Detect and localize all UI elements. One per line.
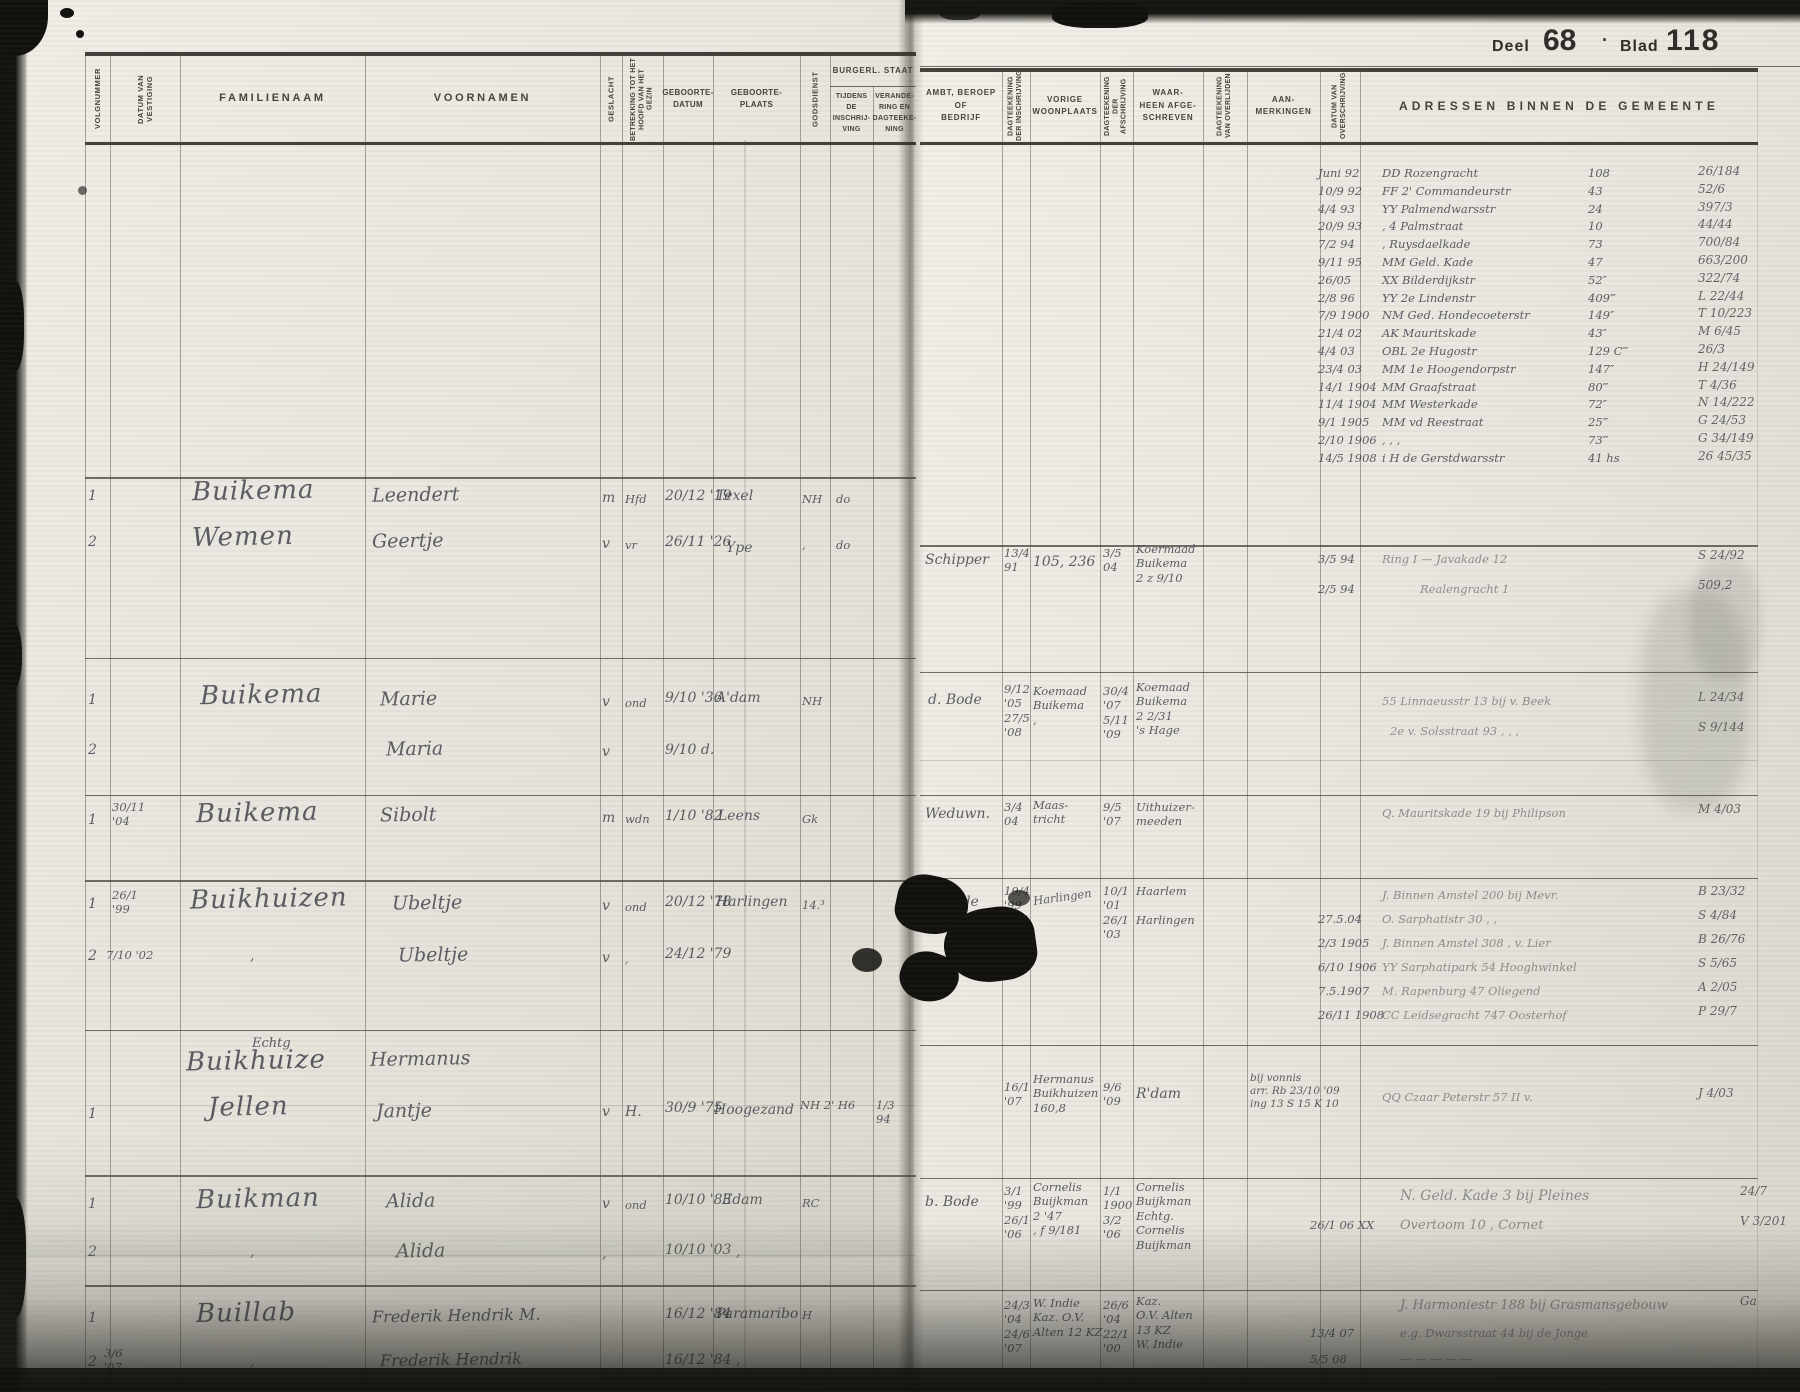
entry-voornamen: Marie [380,688,438,711]
header-waarheen-afgeschreven: Waar- heen afge- schreven [1133,70,1203,142]
header-familienaam: FAMILIENAAM [180,56,365,142]
header-aanmerkingen: Aan- merkingen [1247,70,1320,142]
entry-adres: O. Sarphatistr 30 , , [1382,912,1497,926]
address-number: 43 [1588,184,1603,198]
header-burgerlijke-staat: Burgerl. staat [830,56,916,86]
blad-label: Blad [1620,38,1659,56]
address-entry: YY 2e Lindenstr [1382,291,1475,305]
scan-speck [60,8,74,18]
entry-familienaam: Buikhuize [186,1045,326,1078]
address-entry: OBL 2e Hugostr [1382,344,1477,358]
address-ref: G 34/149 [1698,431,1754,445]
address-number: 47 [1588,255,1603,269]
entry-betrekking: ond [625,900,647,914]
header-dagtekening-inschrijving: Dagteekening der inschrijving [1002,70,1030,142]
entry-adres-ref: B 23/32 [1698,884,1745,898]
entry-godsdienst: NH [802,694,822,708]
address-entry: NM Ged. Hondecoeterstr [1382,308,1530,322]
entry-volgnummer: 1 [88,812,97,828]
entry-adres: 55 Linnaeusstr 13 bij v. Beek [1382,694,1551,708]
address-date: 21/4 02 [1318,326,1362,340]
entry-adres: CC Leidsegracht 747 Oosterhof [1382,1008,1567,1022]
row-separator [85,880,916,882]
entry-vorige-woonplaats: 105, 236 [1033,554,1095,570]
entry-voornamen: Ubeltje [392,891,463,914]
address-entry: AK Mauritskade [1382,326,1476,340]
register-scan: Deel 68 · Blad 118 Volgnummer Datum van … [0,0,1800,1392]
header-geboorte-datum: Geboorte- datum [663,56,713,142]
column-line [1247,68,1248,1388]
entry-adres: J. Binnen Amstel 308 , v. Lier [1382,936,1551,950]
address-entry: , , , [1382,433,1400,447]
address-number: 129 C‴ [1588,344,1628,358]
entry-volgnummer: 2 [88,948,97,964]
entry-geslacht: v [602,536,610,552]
entry-geboorteplaats: Harlingen [716,894,787,910]
entry-overschrijving-datum: 27.5.04 [1318,912,1362,926]
entry-betrekking: ond [625,696,647,710]
column-line [1133,68,1134,1388]
address-entry: MM Graafstraat [1382,380,1476,394]
entry-adres-ref: J 4/03 [1698,1086,1734,1100]
entry-adres-ref: A 2/05 [1698,980,1737,994]
entry-geboorteplaats: A'dam [716,690,761,706]
entry-vorige-woonplaats: Maas- tricht [1033,798,1068,827]
deel-dot: · [1602,30,1608,51]
entry-voornamen: Hermanus [370,1047,471,1071]
entry-volgnummer: 1 [88,1106,97,1122]
entry-geboorteplaats: Ype [726,540,753,556]
address-number: 72″ [1588,397,1607,411]
entry-inschrijving: 3/4 04 [1004,800,1023,829]
entry-familienaam: Jellen [208,1091,289,1123]
address-date: 7/9 1900 [1318,308,1369,322]
address-date: Juni 92 [1318,166,1359,180]
address-number: 41 hs [1588,451,1620,465]
entry-geboortedatum: 1/10 '82 [665,808,723,824]
entry-godsdienst: NH 2' H6 [800,1098,855,1112]
address-entry: FF 2' Commandeurstr [1382,184,1511,198]
row-separator [920,795,1758,796]
entry-geboorteplaats: Leens [718,808,760,824]
address-number: 73‴ [1588,433,1609,447]
address-date: 7/2 94 [1318,237,1355,251]
faint-rule [920,760,1758,761]
header-betrekking: Betrekking tot het hoofd van het gezin [622,56,663,142]
entry-adres: M. Rapenburg 47 Oliegend [1382,984,1541,998]
entry-afschrijving: 9/6 '09 [1103,1080,1122,1109]
entry-waarheen: R'dam [1136,1086,1181,1102]
address-ref: L 22/44 [1698,289,1744,303]
address-entry: MM Geld. Kade [1382,255,1473,269]
header-vorige-woonplaats: Vorige woonplaats [1030,70,1100,142]
entry-afschrijving: 10/1 '01 26/1 '03 [1103,884,1129,942]
entry-adres: QQ Czaar Peterstr 57 II v. [1382,1090,1533,1104]
scan-edge-left [0,0,28,1392]
header-volgnummer: Volgnummer [85,56,110,142]
address-ref: 26/3 [1698,342,1725,356]
entry-adres: Realengracht 1 [1420,582,1509,596]
row-separator [85,1030,916,1031]
row-separator [85,658,916,659]
address-number: 108 [1588,166,1610,180]
address-ref: M 6/45 [1698,324,1741,338]
address-number: 25‴ [1588,415,1609,429]
address-ref: 663/200 [1698,253,1748,267]
scan-speck [78,186,87,195]
entry-volgnummer: 2 [88,534,97,550]
address-ref: H 24/149 [1698,360,1755,374]
entry-adres-ref: B 26/76 [1698,932,1745,946]
address-entry: MM Westerkade [1382,397,1478,411]
entry-geslacht: v [602,744,610,760]
address-number: 80‴ [1588,380,1609,394]
address-ref: 700/84 [1698,235,1740,249]
address-entry: MM vd Reestraat [1382,415,1483,429]
blad-value: 118 [1666,24,1720,58]
entry-godsdienst: 14.³ [802,898,825,912]
scan-edge-bottom [0,1368,1800,1392]
scan-top-blob [1052,2,1148,28]
address-ref: 26/184 [1698,164,1740,178]
address-ref: N 14/222 [1698,395,1755,409]
entry-adres-ref: 24/7 [1740,1184,1767,1198]
address-number: 10 [1588,219,1603,233]
address-date: 14/1 1904 [1318,380,1377,394]
entry-adres: YY Sarphatipark 54 Hooghwinkel [1382,960,1577,974]
address-number: 73 [1588,237,1603,251]
entry-geslacht: v [602,1104,610,1120]
entry-overschrijving-datum: 26/11 1908 [1318,1008,1384,1022]
entry-familienaam: Buikema [196,797,319,830]
entry-vorige-woonplaats: Koemaad Buikema , [1033,684,1087,727]
address-date: 9/11 95 [1318,255,1362,269]
entry-volgnummer: 1 [88,896,97,912]
ink-blot [1008,890,1030,906]
address-ref: 322/74 [1698,271,1740,285]
entry-overschrijving-datum: 2/3 1905 [1318,936,1369,950]
address-date: 2/8 96 [1318,291,1355,305]
entry-geslacht: v [602,898,610,914]
entry-inschrijving: 9/12 '05 27/5 '08 [1004,682,1030,740]
address-date: 10/9 92 [1318,184,1362,198]
column-line [1030,68,1031,1388]
entry-betrekking: vr [625,538,637,552]
entry-overschrijving-datum: 3/5 94 [1318,552,1355,566]
address-ref: 397/3 [1698,200,1733,214]
entry-voornamen: Jantje [376,1100,432,1123]
entry-adres: J. Binnen Amstel 200 bij Mevr. [1382,888,1559,902]
address-number: 52″ [1588,273,1607,287]
entry-beroep: Weduwn. [925,806,990,822]
header-ambt: Ambt, beroep of bedrijf [920,70,1002,142]
address-number: 147″ [1588,362,1614,376]
address-ref: T 4/36 [1698,378,1737,392]
address-number: 149″ [1588,308,1614,322]
address-ref: 44/44 [1698,217,1733,231]
deel-value: 68 [1543,24,1576,58]
entry-afschrijving: 3/5 04 [1103,546,1122,575]
entry-familienaam: Buikema [192,475,315,508]
entry-familienaam: , [250,948,254,964]
entry-burgstaat: do [836,538,850,552]
address-entry: XX Bilderdijkstr [1382,273,1475,287]
entry-burgstaat: 1/3 94 [876,1098,895,1127]
entry-geboorteplaats: Texel [716,488,753,504]
entry-beroep: b. Bode [925,1194,979,1210]
entry-godsdienst: NH [802,492,822,506]
column-line [1002,68,1003,1388]
entry-afschrijving: 30/4 '07 5/11 '09 [1103,684,1129,742]
entry-adres-ref: S 4/84 [1698,908,1737,922]
row-separator [920,878,1758,879]
entry-voornamen: Sibolt [380,804,437,827]
address-entry: DD Rozengracht [1382,166,1478,180]
entry-volgnummer: 1 [88,692,97,708]
entry-voornamen: Leendert [372,483,460,507]
entry-geboortedatum: 9/10 d. [665,742,714,758]
entry-waarheen: Koemaad Buikema 2 2/31 's Hage [1136,680,1190,738]
address-entry: MM 1e Hoogendorpstr [1382,362,1516,376]
ink-blot [852,948,882,972]
entry-waarheen: Haarlem Harlingen [1136,884,1195,927]
address-ref: G 24/53 [1698,413,1746,427]
right-header-bottom-rule [920,142,1758,145]
address-date: 4/4 93 [1318,202,1355,216]
entry-voornamen: Maria [386,738,444,761]
address-date: 11/4 1904 [1318,397,1377,411]
header-adressen: ADRESSEN BINNEN DE GEMEENTE [1360,70,1758,142]
entry-geboortedatum: 9/10 '36 [665,690,723,706]
header-voornamen: VOORNAMEN [365,56,600,142]
address-date: 26/05 [1318,273,1351,287]
entry-overschrijving-datum: 2/5 94 [1318,582,1355,596]
header-datum-overschrijving: Datum van overschrijving [1320,70,1360,142]
address-date: 9/1 1905 [1318,415,1369,429]
entry-inschrijving: 16/1 '07 [1004,1080,1030,1109]
address-entry: i H de Gerstdwarsstr [1382,451,1504,465]
header-dagtekening-overlijden: Dagteekening van overlijden [1203,70,1247,142]
entry-voornamen: Geertje [372,529,444,552]
entry-datum-vestiging: 7/10 '02 [106,948,153,962]
header-datum-vestiging: Datum van vestiging [110,56,180,142]
entry-datum-vestiging: 30/11 '04 [112,800,145,829]
address-entry: , 4 Palmstraat [1382,219,1463,233]
entry-adres: Ring I — Javakade 12 [1382,552,1507,566]
row-separator [920,672,1758,673]
column-line [1100,68,1101,1388]
address-entry: YY Palmendwarsstr [1382,202,1495,216]
entry-volgnummer: 2 [88,742,97,758]
entry-voornamen: Ubeltje [398,943,469,966]
entry-familienaam: Buikema [200,679,323,712]
row-separator [920,1045,1758,1046]
scan-edge-top [905,0,1800,24]
entry-geboorteplaats: Hoogezand [714,1102,794,1118]
entry-inschrijving: 13/4 91 [1004,546,1030,575]
address-entry: , Ruysdaelkade [1382,237,1470,251]
entry-adres: N. Geld. Kade 3 bij Pleines [1400,1188,1589,1206]
column-line [1203,68,1204,1388]
scan-speck [76,30,84,38]
entry-afschrijving: 9/5 '07 [1103,800,1122,829]
row-separator [920,1178,1758,1179]
left-header-bottom-rule [85,142,916,145]
entry-beroep: d. Bode [928,692,982,708]
entry-godsdienst: Gk [802,812,818,826]
header-burg-sub2: Verande- ring en dagteeke- ning [873,86,916,142]
entry-betrekking: Hfd [625,492,647,506]
address-date: 14/5 1908 [1318,451,1377,465]
scan-smudge [1690,560,1760,680]
scan-top-blob [940,6,980,20]
entry-adres: 2e v. Solsstraat 93 , , , [1390,724,1519,738]
entry-overschrijving-datum: 6/10 1906 [1318,960,1377,974]
scan-shading [26,1128,906,1258]
entry-waarheen: Koermaad Buikema 2 z 9/10 [1136,542,1196,585]
address-ref: 26 45/35 [1698,449,1752,463]
entry-betrekking: H. [625,1104,642,1120]
header-dagtekening-afschrijving: Dagteekening der afschrijving [1100,70,1133,142]
entry-overschrijving-datum: 7.5.1907 [1318,984,1369,998]
entry-adres-ref: P 29/7 [1698,1004,1737,1018]
entry-burgstaat: do [836,492,850,506]
entry-betrekking: wdn [625,812,650,826]
header-burg-sub1: Tijdens de inschrij- ving [830,86,873,142]
address-date: 23/4 03 [1318,362,1362,376]
entry-godsdienst: , [802,538,806,552]
entry-waarheen: Uithuizer- meeden [1136,800,1195,829]
row-separator [85,795,916,796]
entry-geboortedatum: 26/11 '26 [665,534,731,550]
address-number: 409‴ [1588,291,1616,305]
entry-vorige-woonplaats: Hermanus Buikhuizen 160,8 [1033,1072,1098,1115]
scan-edge-blob [0,620,22,692]
entry-geslacht: v [602,950,610,966]
address-ref: T 10/223 [1698,306,1752,320]
address-ref: 52/6 [1698,182,1725,196]
entry-datum-vestiging: 26/1 '99 [112,888,138,917]
scan-edge-blob [0,280,24,372]
address-date: 2/10 1906 [1318,433,1377,447]
header-geslacht: Geslacht [600,56,622,142]
entry-geboortedatum: 24/12 '79 [665,946,731,962]
deel-label: Deel [1492,38,1530,56]
entry-aanmerkingen: bij vonnis arr. Rb 23/10 '09 ing 13 S 15… [1250,1072,1340,1111]
entry-geslacht: v [602,694,610,710]
header-geboorte-plaats: Geboorte- plaats [713,56,800,142]
address-date: 4/4 03 [1318,344,1355,358]
entry-geslacht: m [602,490,615,506]
right-top-rule [920,66,1800,67]
entry-adres-ref: S 5/65 [1698,956,1737,970]
entry-familienaam: Buikhuizen [190,882,348,915]
address-number: 43″ [1588,326,1607,340]
row-separator [920,545,1758,547]
entry-adres: Q. Mauritskade 19 bij Philipson [1382,806,1566,820]
entry-familienaam: Wemen [192,521,294,553]
address-number: 24 [1588,202,1603,216]
entry-volgnummer: 1 [88,488,97,504]
entry-geslacht: m [602,810,615,826]
header-godsdienst: Godsdienst [800,56,830,142]
address-date: 20/9 93 [1318,219,1362,233]
entry-beroep: Schipper [925,552,989,568]
entry-betrekking: , [625,952,629,966]
